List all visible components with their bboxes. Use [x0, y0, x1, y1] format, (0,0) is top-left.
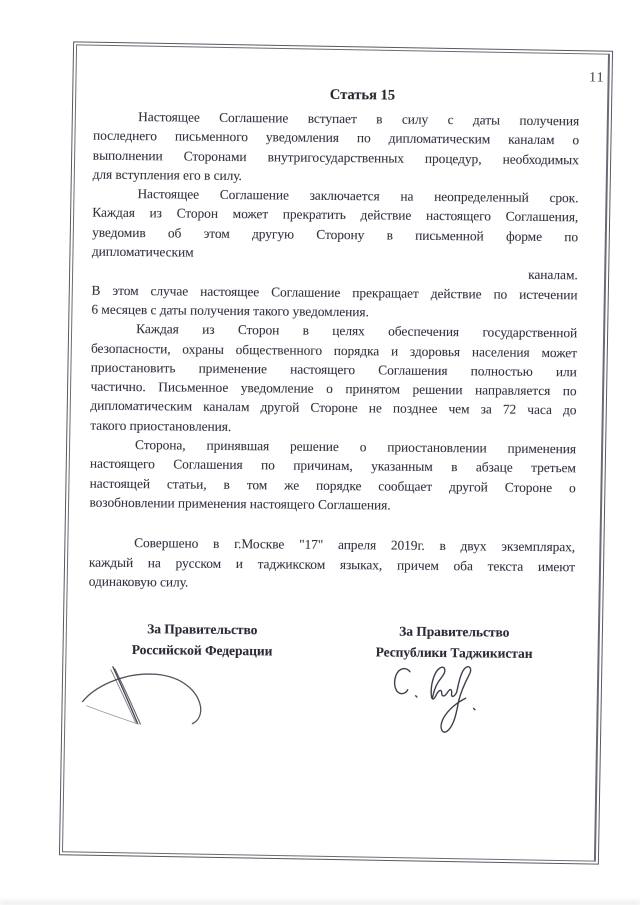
paragraph: Каждая из Сторон в целях обеспечения гос…: [90, 319, 577, 439]
document-body: Статья 15 Настоящее Соглашение вступает …: [62, 43, 610, 862]
signing-right-title-line2: Республики Таджикистан: [334, 642, 574, 665]
paragraph: Настоящее Соглашение вступает в силу с д…: [93, 107, 580, 189]
signing-left-title-line2: Российской Федерации: [88, 639, 316, 662]
article-title: Статья 15: [119, 84, 605, 107]
paragraph: Настоящее Соглашение заключается на неоп…: [91, 184, 578, 324]
russia-signature: [79, 666, 214, 737]
paragraph: Сторона, принявшая решение о приостановл…: [89, 435, 576, 517]
signing-right-column: За Правительство Республики Таджикистан: [333, 621, 574, 745]
paragraph-done-clause: Совершено в г.Москве "17" апреля 2019г. …: [89, 533, 576, 596]
scanned-page: 11 Статья 15 Настоящее Соглашение вступа…: [59, 41, 613, 864]
scan-edge-artifact: [0, 897, 640, 905]
signing-right-title-line1: За Правительство: [334, 621, 574, 644]
signing-left-column: За Правительство Российской Федерации: [87, 619, 316, 738]
signing-block: За Правительство Российской Федерации За…: [87, 619, 574, 746]
signing-left-title-line1: За Правительство: [88, 619, 316, 642]
tajikistan-signature: [387, 664, 500, 745]
